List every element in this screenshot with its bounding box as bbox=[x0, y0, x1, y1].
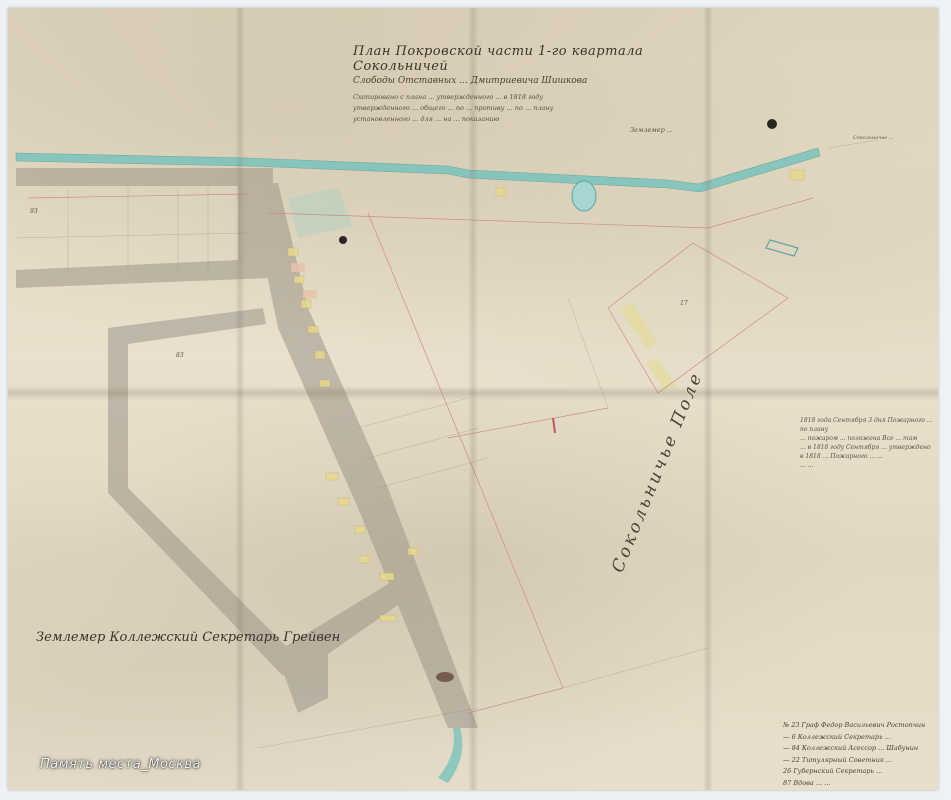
plot-number: 93 bbox=[30, 208, 38, 215]
legend-row: — 22 Титулярный Советник ... bbox=[783, 755, 938, 767]
title-body: Скопировано с плана ... утвержденного ..… bbox=[353, 92, 693, 136]
garden-plot bbox=[288, 188, 353, 238]
title-signature: Землемер ... bbox=[353, 125, 693, 136]
legend-row: — 6 Коллежский Секретарь ... bbox=[783, 732, 938, 744]
fold-line bbox=[8, 386, 938, 400]
map-subtitle: Слободы Отставных ... Дмитриевича Шишков… bbox=[353, 76, 693, 86]
surveyor-signature: Землемер Коллежский Секретарь Грейвен bbox=[36, 630, 340, 645]
plot-number: 17 bbox=[680, 300, 688, 307]
legend-row: 26 Губернский Секретарь ... bbox=[783, 766, 938, 778]
legend-header: № 23 Граф Федор Васильевич Ростопчин bbox=[783, 720, 938, 732]
map-title-block: План Покровской части 1-го квартала Соко… bbox=[353, 44, 693, 136]
map-sheet: План Покровской части 1-го квартала Соко… bbox=[8, 8, 938, 790]
legend-row: 87 Вдова ... ... bbox=[783, 778, 938, 790]
pond bbox=[572, 181, 596, 211]
corner-label: Сокольничье ... bbox=[853, 135, 893, 141]
side-note: 1818 года Сентября 3 дня Пожарного ... п… bbox=[800, 416, 935, 470]
legend-row: 24 Поручик ... ... bbox=[783, 789, 938, 790]
legend-row: — 84 Коллежский Асессор ... Шабунин bbox=[783, 743, 938, 755]
plot-number: 83 bbox=[176, 352, 184, 359]
map-title: План Покровской части 1-го квартала Соко… bbox=[353, 44, 693, 74]
owners-legend: № 23 Граф Федор Васильевич Ростопчин — 6… bbox=[783, 720, 938, 790]
watermark: Память места_Москва bbox=[40, 757, 201, 772]
